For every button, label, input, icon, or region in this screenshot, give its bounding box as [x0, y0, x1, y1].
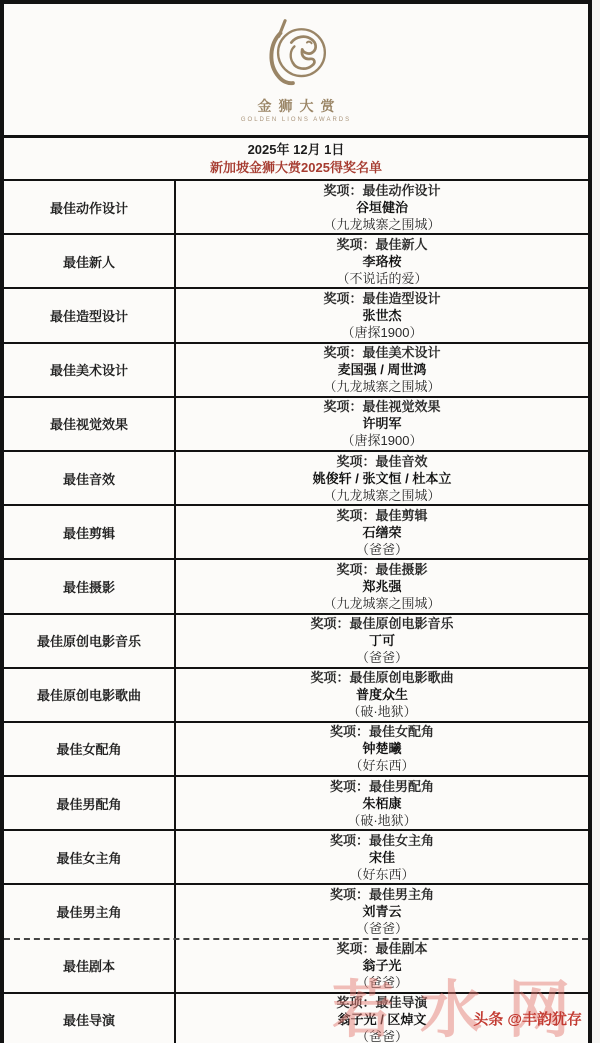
award-line: 奖项：最佳剪辑: [336, 507, 427, 524]
film-title: （爸爸）: [356, 920, 408, 937]
award-line: 奖项：最佳原创电影音乐: [310, 615, 453, 632]
award-line: 奖项：最佳动作设计: [323, 182, 440, 199]
award-line: 奖项：最佳摄影: [336, 561, 427, 578]
film-title: （九龙城寨之围城）: [323, 378, 440, 395]
category-cell: 最佳原创电影音乐: [4, 615, 176, 667]
award-line: 奖项：最佳视觉效果: [323, 398, 440, 415]
table-row: 最佳视觉效果奖项：最佳视觉效果许明军（唐探1900）: [4, 398, 588, 452]
winner-name: 刘青云: [362, 903, 401, 920]
detail-cell: 奖项：最佳摄影郑兆强（九龙城寨之围城）: [176, 560, 588, 612]
winner-name: 朱栢康: [362, 795, 401, 812]
detail-cell: 奖项：最佳剪辑石缮荣（爸爸）: [176, 506, 588, 558]
film-title: （爸爸）: [356, 1028, 408, 1043]
list-title: 新加坡金狮大赏2025得奖名单: [210, 159, 382, 177]
table-row: 最佳音效奖项：最佳音效姚俊轩 / 张文恒 / 杜本立（九龙城寨之围城）: [4, 452, 588, 506]
award-line: 奖项：最佳音效: [336, 453, 427, 470]
winner-name: 姚俊轩 / 张文恒 / 杜本立: [313, 470, 452, 487]
header-section: 2025年 12月 1日 新加坡金狮大赏2025得奖名单: [4, 138, 588, 181]
category-cell: 最佳男主角: [4, 885, 176, 937]
category-cell: 最佳原创电影歌曲: [4, 669, 176, 721]
award-line: 奖项：最佳女主角: [330, 832, 434, 849]
awards-table: 最佳动作设计奖项：最佳动作设计谷垣健治（九龙城寨之围城）最佳新人奖项：最佳新人李…: [4, 181, 588, 1043]
date-line: 2025年 12月 1日: [248, 141, 345, 159]
winner-name: 石缮荣: [362, 524, 401, 541]
category-cell: 最佳美术设计: [4, 344, 176, 396]
winner-name: 丁可: [369, 632, 395, 649]
detail-cell: 奖项：最佳动作设计谷垣健治（九龙城寨之围城）: [176, 181, 588, 233]
category-cell: 最佳剪辑: [4, 506, 176, 558]
award-line: 奖项：最佳男主角: [330, 886, 434, 903]
film-title: （爸爸）: [356, 649, 408, 666]
film-title: （爸爸）: [356, 974, 408, 991]
detail-cell: 奖项：最佳男主角刘青云（爸爸）: [176, 885, 588, 937]
award-line: 奖项：最佳美术设计: [323, 344, 440, 361]
detail-cell: 奖项：最佳原创电影歌曲普度众生（破·地狱）: [176, 669, 588, 721]
award-line: 奖项：最佳男配角: [330, 778, 434, 795]
film-title: （爸爸）: [356, 541, 408, 558]
film-title: （破·地狱）: [347, 812, 416, 829]
film-title: （九龙城寨之围城）: [323, 216, 440, 233]
category-cell: 最佳剧本: [4, 940, 176, 992]
logo-subtitle: GOLDEN LIONS AWARDS: [241, 117, 351, 123]
logo-section: 金狮大赏 GOLDEN LIONS AWARDS: [4, 4, 588, 138]
winner-name: 张世杰: [362, 307, 401, 324]
award-line: 奖项：最佳剧本: [336, 940, 427, 957]
detail-cell: 奖项：最佳新人李珞桉（不说话的爱）: [176, 235, 588, 287]
table-row: 最佳新人奖项：最佳新人李珞桉（不说话的爱）: [4, 235, 588, 289]
category-cell: 最佳女配角: [4, 723, 176, 775]
awards-poster: 金狮大赏 GOLDEN LIONS AWARDS 2025年 12月 1日 新加…: [0, 0, 592, 1043]
detail-cell: 奖项：最佳原创电影音乐丁可（爸爸）: [176, 615, 588, 667]
detail-cell: 奖项：最佳剧本翁子光（爸爸）: [176, 940, 588, 992]
winner-name: 翁子光 / 区焯文: [338, 1011, 427, 1028]
winner-name: 普度众生: [356, 686, 408, 703]
detail-cell: 奖项：最佳女主角宋佳（好东西）: [176, 831, 588, 883]
winner-name: 谷垣健治: [356, 199, 408, 216]
category-cell: 最佳男配角: [4, 777, 176, 829]
film-title: （九龙城寨之围城）: [323, 595, 440, 612]
film-title: （破·地狱）: [347, 703, 416, 720]
category-cell: 最佳造型设计: [4, 289, 176, 341]
table-row: 最佳剧本奖项：最佳剧本翁子光（爸爸）: [4, 938, 588, 994]
table-row: 最佳动作设计奖项：最佳动作设计谷垣健治（九龙城寨之围城）: [4, 181, 588, 235]
award-line: 奖项：最佳导演: [336, 994, 427, 1011]
award-line: 奖项：最佳原创电影歌曲: [310, 669, 453, 686]
detail-cell: 奖项：最佳男配角朱栢康（破·地狱）: [176, 777, 588, 829]
winner-name: 钟楚曦: [362, 740, 401, 757]
category-cell: 最佳摄影: [4, 560, 176, 612]
film-title: （好东西）: [349, 866, 414, 883]
film-title: （好东西）: [349, 757, 414, 774]
table-row: 最佳剪辑奖项：最佳剪辑石缮荣（爸爸）: [4, 506, 588, 560]
table-row: 最佳女配角奖项：最佳女配角钟楚曦（好东西）: [4, 723, 588, 777]
table-row: 最佳原创电影音乐奖项：最佳原创电影音乐丁可（爸爸）: [4, 615, 588, 669]
film-title: （唐探1900）: [342, 324, 423, 341]
category-cell: 最佳视觉效果: [4, 398, 176, 450]
winner-name: 李珞桉: [362, 253, 401, 270]
winner-name: 宋佳: [369, 849, 395, 866]
film-title: （唐探1900）: [342, 432, 423, 449]
detail-cell: 奖项：最佳导演翁子光 / 区焯文（爸爸）: [176, 994, 588, 1043]
award-line: 奖项：最佳造型设计: [323, 290, 440, 307]
table-row: 最佳女主角奖项：最佳女主角宋佳（好东西）: [4, 831, 588, 885]
winner-name: 翁子光: [362, 957, 401, 974]
film-title: （不说话的爱）: [336, 270, 427, 287]
table-row: 最佳摄影奖项：最佳摄影郑兆强（九龙城寨之围城）: [4, 560, 588, 614]
category-cell: 最佳新人: [4, 235, 176, 287]
film-title: （九龙城寨之围城）: [323, 487, 440, 504]
detail-cell: 奖项：最佳视觉效果许明军（唐探1900）: [176, 398, 588, 450]
winner-name: 郑兆强: [362, 578, 401, 595]
table-row: 最佳导演奖项：最佳导演翁子光 / 区焯文（爸爸）: [4, 994, 588, 1043]
award-line: 奖项：最佳女配角: [330, 723, 434, 740]
winner-name: 许明军: [362, 415, 401, 432]
category-cell: 最佳导演: [4, 994, 176, 1043]
category-cell: 最佳女主角: [4, 831, 176, 883]
detail-cell: 奖项：最佳美术设计麦国强 / 周世鸿（九龙城寨之围城）: [176, 344, 588, 396]
winner-name: 麦国强 / 周世鸿: [338, 361, 427, 378]
category-cell: 最佳动作设计: [4, 181, 176, 233]
table-row: 最佳男配角奖项：最佳男配角朱栢康（破·地狱）: [4, 777, 588, 831]
table-row: 最佳原创电影歌曲奖项：最佳原创电影歌曲普度众生（破·地狱）: [4, 669, 588, 723]
table-row: 最佳造型设计奖项：最佳造型设计张世杰（唐探1900）: [4, 289, 588, 343]
detail-cell: 奖项：最佳造型设计张世杰（唐探1900）: [176, 289, 588, 341]
detail-cell: 奖项：最佳音效姚俊轩 / 张文恒 / 杜本立（九龙城寨之围城）: [176, 452, 588, 504]
detail-cell: 奖项：最佳女配角钟楚曦（好东西）: [176, 723, 588, 775]
category-cell: 最佳音效: [4, 452, 176, 504]
table-row: 最佳男主角奖项：最佳男主角刘青云（爸爸）: [4, 885, 588, 939]
logo-title: 金狮大赏: [251, 96, 342, 116]
golden-lion-logo-icon: [257, 16, 335, 94]
award-line: 奖项：最佳新人: [336, 236, 427, 253]
table-row: 最佳美术设计奖项：最佳美术设计麦国强 / 周世鸿（九龙城寨之围城）: [4, 344, 588, 398]
